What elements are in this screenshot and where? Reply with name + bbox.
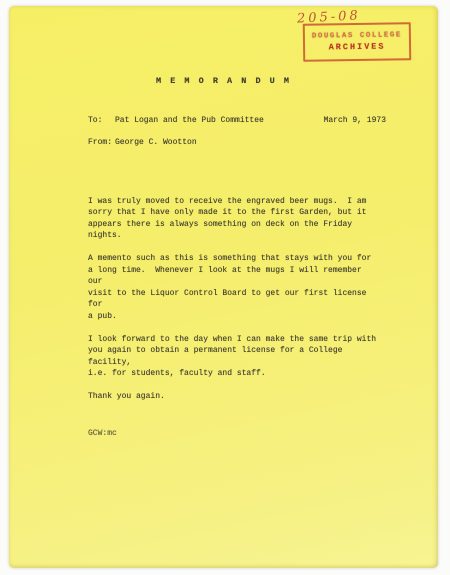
- memo-paper: 205-08 DOUGLAS COLLEGE ARCHIVES M E M O …: [9, 6, 438, 568]
- typist-initials: GCW:mc: [88, 428, 438, 440]
- memo-to-row: To: Pat Logan and the Pub Committee Marc…: [88, 115, 386, 127]
- memo-header-block: To: Pat Logan and the Pub Committee Marc…: [88, 115, 386, 149]
- memo-closing: Thank you again.: [88, 391, 378, 403]
- memo-title: M E M O R A N D U M: [9, 76, 438, 88]
- to-label: To:: [88, 115, 115, 127]
- scanned-memo-frame: 205-08 DOUGLAS COLLEGE ARCHIVES M E M O …: [0, 0, 450, 575]
- memo-paragraph-2: A memento such as this is something that…: [88, 253, 378, 322]
- memo-from-row: From: George C. Wootton: [88, 137, 386, 149]
- memo-paragraph-1: I was truly moved to receive the engrave…: [88, 196, 378, 242]
- memo-paragraph-3: I look forward to the day when I can mak…: [88, 334, 378, 380]
- to-value: Pat Logan and the Pub Committee: [115, 115, 264, 127]
- memo-date: March 9, 1973: [324, 115, 386, 127]
- from-value: George C. Wootton: [115, 137, 197, 149]
- memo-body: I was truly moved to receive the engrave…: [88, 196, 378, 403]
- from-label: From:: [88, 137, 115, 149]
- memo-content: M E M O R A N D U M To: Pat Logan and th…: [9, 6, 438, 439]
